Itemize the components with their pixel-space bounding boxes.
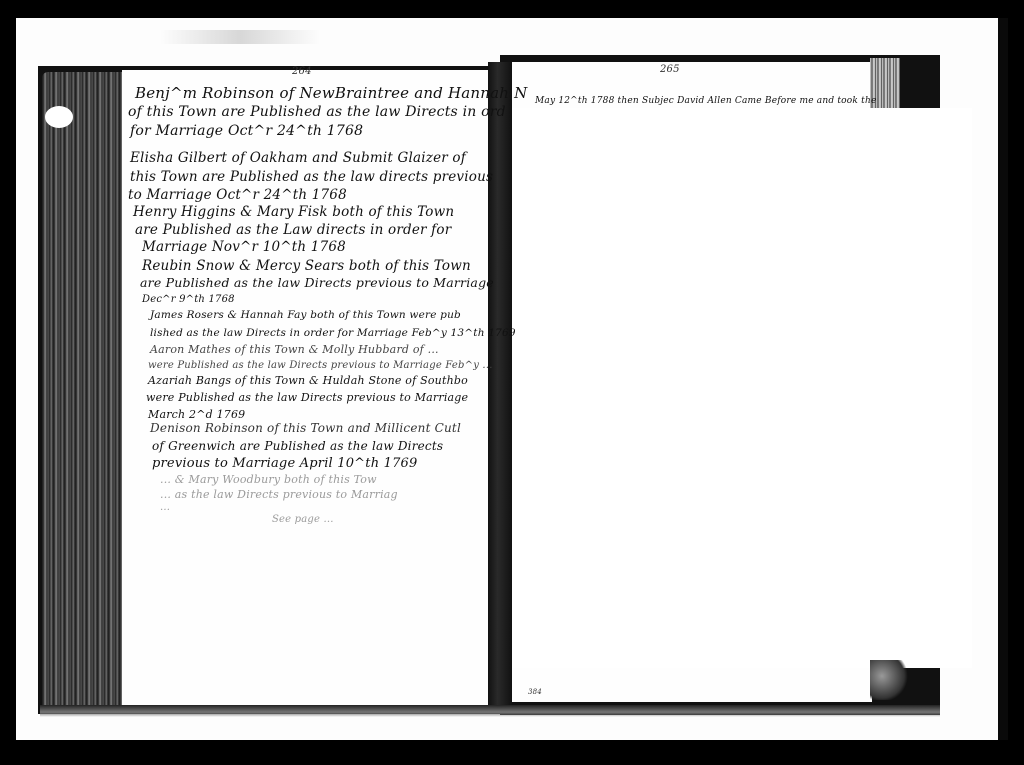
book-gutter [488, 62, 512, 712]
entry-line: ... [160, 503, 170, 513]
left-page [122, 70, 488, 710]
entry-line: Azariah Bangs of this Town & Huldah Ston… [148, 375, 468, 386]
entry-line: previous to Marriage April 10^th 1769 [152, 457, 417, 470]
entry-line: are Published as the Law directs in orde… [135, 224, 451, 238]
footer-mark: 384 [528, 688, 542, 696]
entry-line: of Greenwich are Published as the law Di… [152, 440, 443, 452]
entry-line: May 12^th 1788 then Subjec David Allen C… [535, 96, 876, 106]
page-edges [42, 72, 132, 712]
entry-line: Elisha Gilbert of Oakham and Submit Glai… [130, 152, 466, 166]
entry-line: ... as the law Directs previous to Marri… [160, 489, 398, 500]
binding-hole [45, 106, 73, 128]
left-page-number: 264 [292, 66, 312, 77]
entry-line: for Marriage Oct^r 24^th 1768 [130, 124, 363, 138]
film-border [998, 18, 1008, 740]
entry-line: James Rosers & Hannah Fay both of this T… [150, 310, 461, 321]
entry-line: to Marriage Oct^r 24^th 1768 [128, 189, 347, 203]
entry-line: Aaron Mathes of this Town & Molly Hubbar… [150, 344, 439, 355]
entry-line: Benj^m Robinson of NewBraintree and Hann… [135, 86, 527, 101]
entry-line: Denison Robinson of this Town and Millic… [150, 422, 461, 434]
entry-line: were Published as the law Directs previo… [146, 392, 468, 403]
entry-line: this Town are Published as the law direc… [130, 171, 493, 185]
entry-line: Henry Higgins & Mary Fisk both of this T… [133, 206, 454, 220]
entry-line: are Published as the law Directs previou… [140, 277, 494, 290]
entry-line: Reubin Snow & Mercy Sears both of this T… [142, 260, 471, 274]
entry-line: of this Town are Published as the law Di… [128, 105, 506, 119]
scan-smudge [160, 30, 320, 44]
entry-line: were Published as the law Directs previo… [148, 361, 493, 371]
entry-line: lished as the law Directs in order for M… [150, 328, 516, 339]
entry-line: March 2^d 1769 [148, 409, 245, 420]
see-page-note: See page ... [272, 514, 334, 525]
book-bottom-edge [40, 705, 940, 717]
entry-line: ... & Mary Woodbury both of this Tow [160, 474, 377, 485]
blank-region [512, 108, 972, 668]
entry-line: Dec^r 9^th 1768 [142, 295, 235, 305]
entry-line: Marriage Nov^r 10^th 1768 [142, 241, 346, 255]
right-page-number: 265 [660, 64, 680, 75]
page-corner-wear [870, 660, 910, 700]
